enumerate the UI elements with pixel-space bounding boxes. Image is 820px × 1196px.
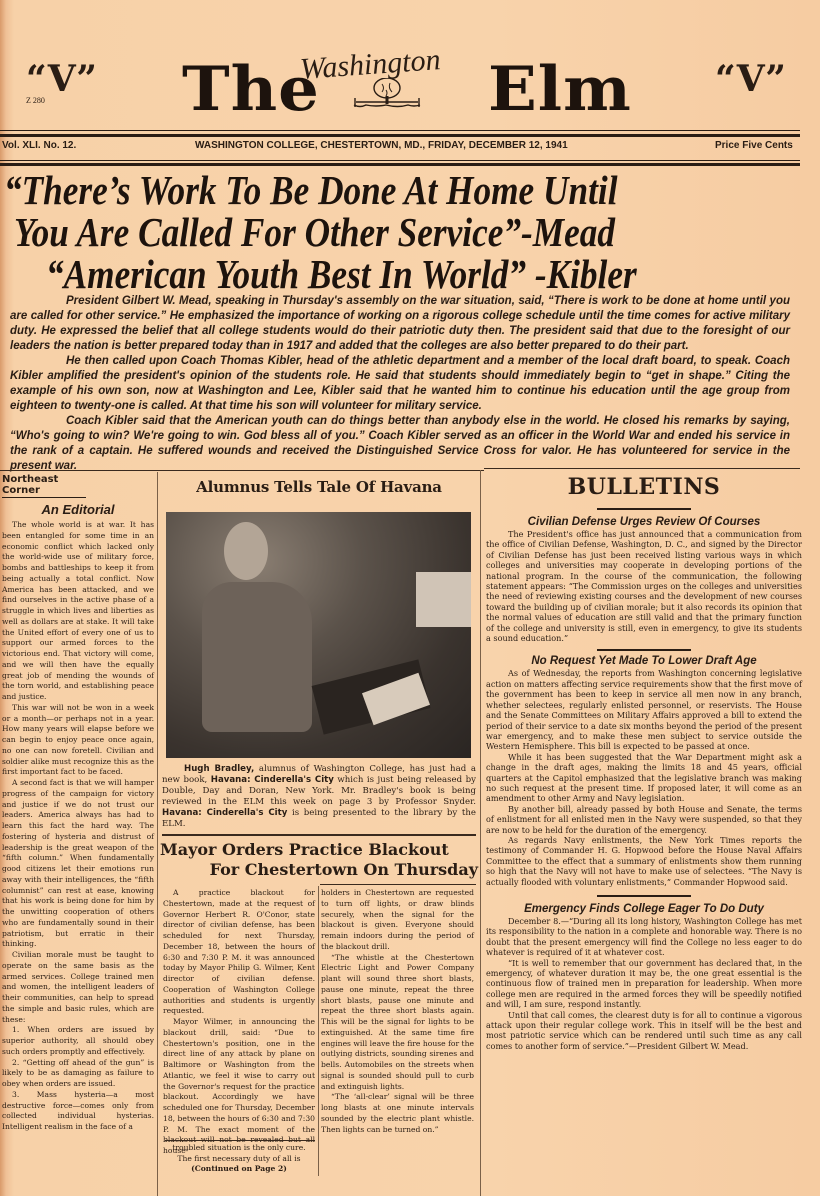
editorial-paragraph: A second fact is that we will hamper pro…: [2, 778, 154, 950]
masthead-title-elm: Elm: [488, 54, 632, 125]
blackout-column-1: A practice blackout for Chestertown, mad…: [163, 888, 315, 1157]
dateline: WASHINGTON COLLEGE, CHESTERTOWN, MD., FR…: [195, 140, 568, 151]
book-title: Havana: Cinderella's City: [211, 775, 334, 785]
masthead-rule: [0, 134, 800, 137]
lead-paragraph: He then called upon Coach Thomas Kibler,…: [10, 354, 790, 414]
bulletin-headline: No Request Yet Made To Lower Draft Age: [486, 655, 802, 667]
banner-headline-line-2: You Are Called For Other Service”-Mead: [14, 210, 615, 254]
bulletin-body: The President's office has just announce…: [486, 529, 802, 643]
editorial-rule-item: 2. “Getting off ahead of the gun” is lik…: [2, 1058, 154, 1090]
lead-paragraph: Coach Kibler said that the American yout…: [10, 414, 790, 474]
editorial-rule-item: 3. Mass hysteria—a most destructive forc…: [2, 1090, 154, 1133]
section-divider: [165, 1140, 315, 1141]
caption-name: Hugh Bradley,: [184, 764, 254, 774]
section-divider: [162, 834, 476, 836]
v-for-victory-right: “V”: [715, 58, 786, 100]
lead-paragraph: President Gilbert W. Mead, speaking in T…: [10, 294, 790, 354]
blackout-headline: Mayor Orders Practice Blackout For Chest…: [160, 840, 478, 880]
elm-tree-icon: [352, 78, 422, 110]
editorial-paragraph: Civilian morale must be taught to operat…: [2, 950, 154, 1025]
hugh-bradley-photo: [166, 512, 471, 758]
photo-caption: Hugh Bradley, alumnus of Washington Coll…: [162, 764, 476, 830]
alumnus-headline: Alumnus Tells Tale Of Havana: [162, 478, 476, 496]
section-divider: [0, 470, 484, 471]
masthead-rule: [0, 130, 800, 131]
bulletin-rule: [597, 895, 691, 897]
bulletin-body: December 8.—“During all its long history…: [486, 916, 802, 1051]
book-title: Havana: Cinderella's City: [162, 808, 287, 818]
volume-number: Vol. XLI. No. 12.: [2, 140, 76, 151]
bulletin-headline: Civilian Defense Urges Review Of Courses: [486, 516, 802, 528]
bulletin-rule: [597, 649, 691, 651]
blackout-column-2: holders in Chestertown are requested to …: [321, 888, 474, 1135]
bulletins-column: BULLETINS Civilian Defense Urges Review …: [486, 474, 802, 1051]
editorial-body: The whole world is at war. It has been e…: [2, 520, 154, 1133]
lead-story: President Gilbert W. Mead, speaking in T…: [10, 294, 790, 474]
editorial-paragraph: This war will not be won in a week or a …: [2, 703, 154, 778]
bulletin-rule: [597, 508, 691, 510]
masthead-rule: [0, 163, 800, 166]
banner-headline-line-1: “There’s Work To Be Done At Home Until: [4, 168, 617, 212]
column-kicker: Northeast Corner: [2, 474, 86, 498]
catalog-code: Z 280: [26, 96, 45, 105]
bulletins-title: BULLETINS: [486, 474, 802, 500]
section-divider: [484, 468, 800, 469]
editorial-paragraph: The whole world is at war. It has been e…: [2, 520, 154, 703]
editorial-column: Northeast Corner An Editorial The whole …: [2, 474, 154, 1133]
masthead-rule: [0, 160, 800, 161]
v-for-victory-left: “V”: [26, 58, 97, 100]
column-rule: [318, 886, 319, 1176]
continued-on-page-link[interactable]: (Continued on Page 2): [163, 1164, 315, 1175]
alumnus-story: Alumnus Tells Tale Of Havana: [162, 478, 476, 496]
price: Price Five Cents: [715, 140, 793, 151]
bulletin-body: As of Wednesday, the reports from Washin…: [486, 668, 802, 887]
column-rule: [480, 470, 481, 1196]
column-rule: [157, 472, 158, 1196]
banner-headline-line-3: “American Youth Best In World” -Kibler: [46, 252, 637, 296]
editorial-continuation: troubled situation is the only cure. The…: [163, 1143, 315, 1175]
editorial-rule-item: 1. When orders are issued by superior au…: [2, 1025, 154, 1057]
headline-rule: [320, 884, 476, 885]
editorial-title: An Editorial: [2, 502, 154, 517]
bulletin-headline: Emergency Finds College Eager To Do Duty: [486, 903, 802, 915]
